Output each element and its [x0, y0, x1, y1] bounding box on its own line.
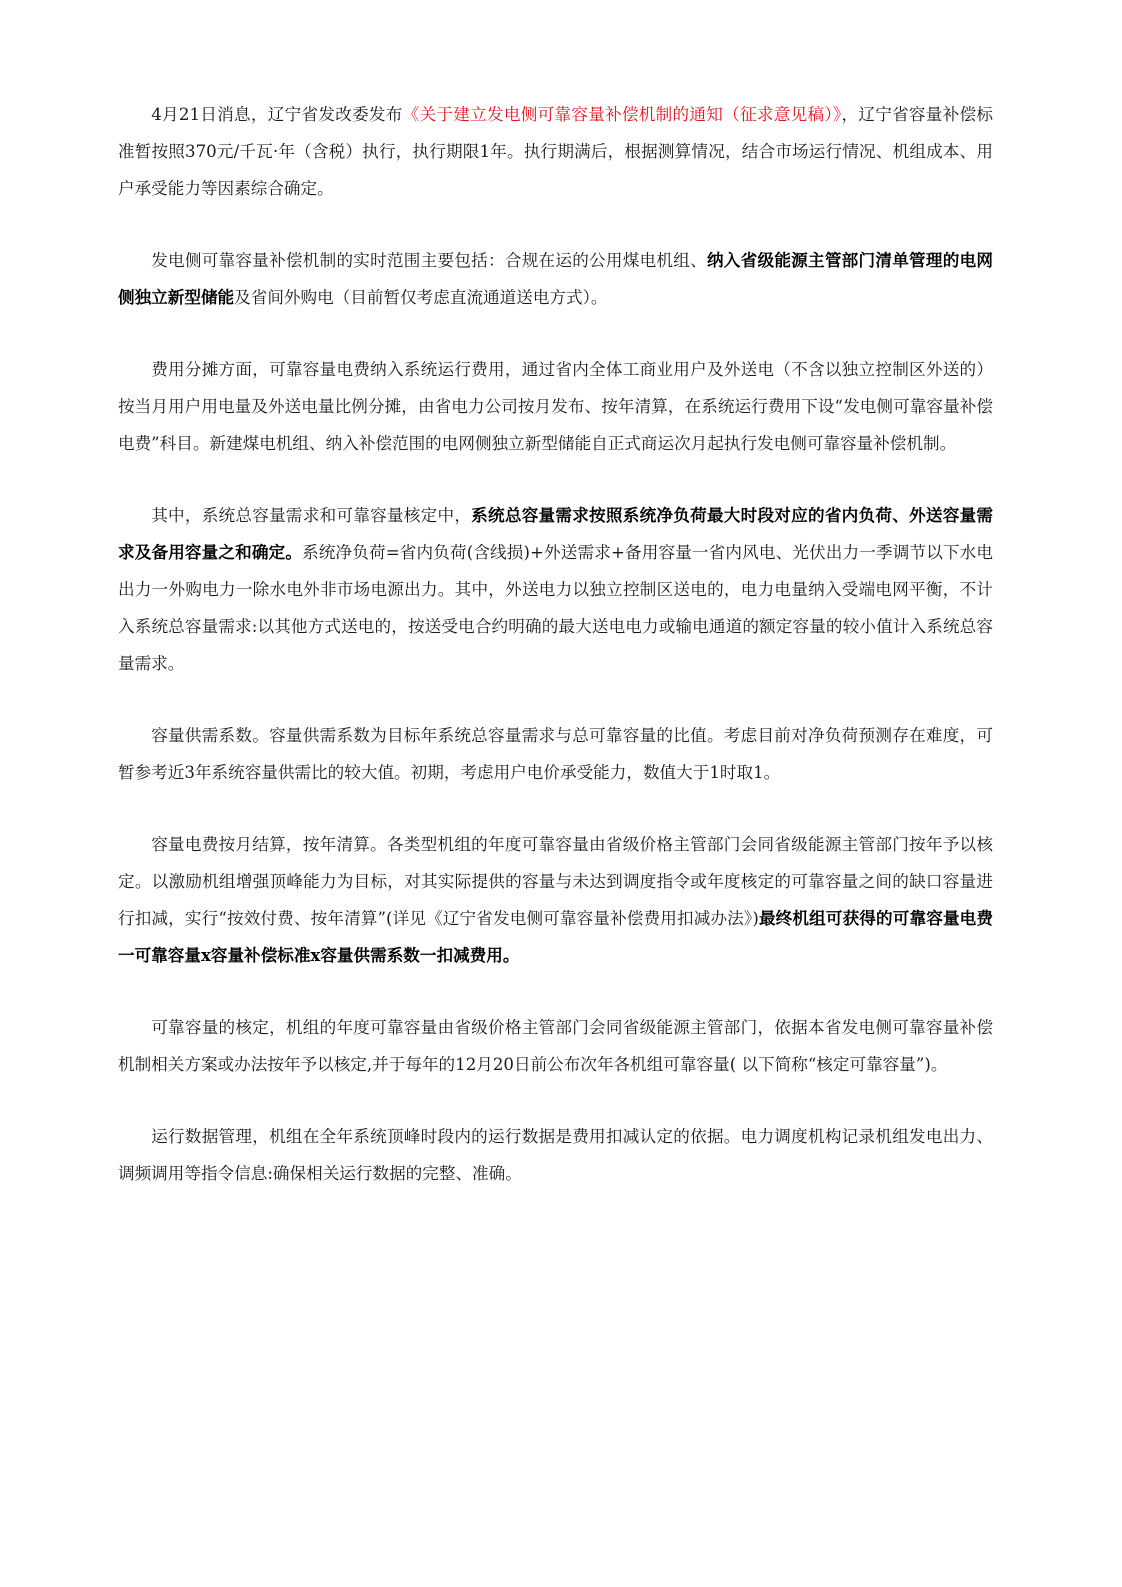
paragraph-announcement: 4月21日消息，辽宁省发改委发布《关于建立发电侧可靠容量补偿机制的通知（征求意见…	[118, 96, 993, 207]
paragraph-cost-allocation: 费用分摊方面，可靠容量电费纳入系统运行费用，通过省内全体工商业用户及外送电（不含…	[118, 351, 993, 462]
paragraph-scope: 发电侧可靠容量补偿机制的实时范围主要包括：合规在运的公用煤电机组、纳入省级能源主…	[118, 242, 993, 316]
net-load-formula-text: 系统净负荷=省内负荷(含线损)+外送需求+备用容量一省内风电、光伏出力一季调节以…	[118, 543, 993, 673]
notice-title-link: 《关于建立发电侧可靠容量补偿机制的通知（征求意见稿）》	[403, 105, 842, 124]
capacity-demand-intro: 其中，系统总容量需求和可靠容量核定中，	[151, 506, 471, 525]
paragraph-settlement: 容量电费按月结算，按年清算。各类型机组的年度可靠容量由省级价格主管部门会同省级能…	[118, 826, 993, 974]
announcement-intro: 4月21日消息，辽宁省发改委发布	[151, 105, 402, 124]
paragraph-capacity-verification: 可靠容量的核定，机组的年度可靠容量由省级价格主管部门会同省级能源主管部门，依据本…	[118, 1009, 993, 1083]
cost-allocation-text: 费用分摊方面，可靠容量电费纳入系统运行费用，通过省内全体工商业用户及外送电（不含…	[118, 360, 993, 453]
document-page: 4月21日消息，辽宁省发改委发布《关于建立发电侧可靠容量补偿机制的通知（征求意见…	[118, 96, 993, 1227]
paragraph-supply-demand-coefficient: 容量供需系数。容量供需系数为目标年系统总容量需求与总可靠容量的比值。考虑目前对净…	[118, 717, 993, 791]
scope-outro: 及省间外购电（目前暂仅考虑直流通道送电方式）。	[234, 288, 607, 307]
verification-text: 可靠容量的核定，机组的年度可靠容量由省级价格主管部门会同省级能源主管部门，依据本…	[118, 1018, 993, 1074]
paragraph-data-management: 运行数据管理，机组在全年系统顶峰时段内的运行数据是费用扣减认定的依据。电力调度机…	[118, 1118, 993, 1192]
coefficient-text: 容量供需系数。容量供需系数为目标年系统总容量需求与总可靠容量的比值。考虑目前对净…	[118, 726, 993, 782]
paragraph-capacity-demand: 其中，系统总容量需求和可靠容量核定中，系统总容量需求按照系统净负荷最大时段对应的…	[118, 497, 993, 682]
scope-intro: 发电侧可靠容量补偿机制的实时范围主要包括：合规在运的公用煤电机组、	[151, 251, 707, 270]
data-management-text: 运行数据管理，机组在全年系统顶峰时段内的运行数据是费用扣减认定的依据。电力调度机…	[118, 1127, 993, 1183]
